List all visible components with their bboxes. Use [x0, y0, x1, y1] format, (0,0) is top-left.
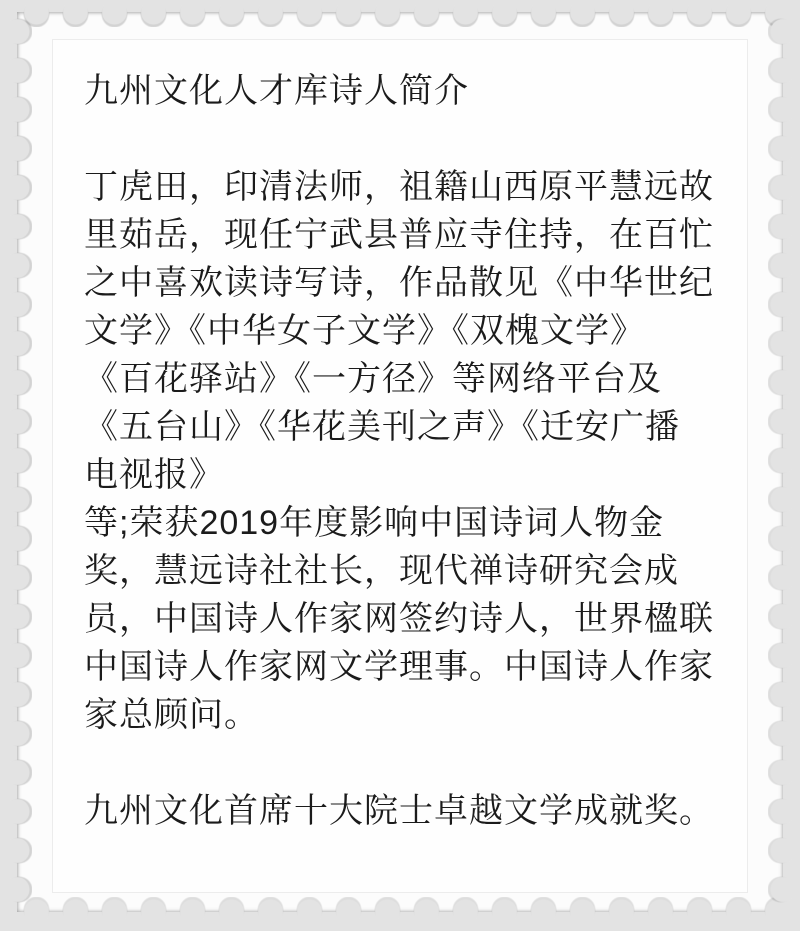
bio-line: 奖，慧远诗社社长，现代禅诗研究会成 — [84, 547, 721, 595]
bio-line: 家总顾问。 — [84, 691, 721, 739]
bio-line: 丁虎田，印清法师，祖籍山西原平慧远故 — [84, 163, 721, 211]
bio-line: 里茹岳，现任宁武县普应寺住持，在百忙 — [84, 211, 721, 259]
perforation-bottom-edge — [17, 897, 783, 925]
bio-line: 电视报》 — [84, 451, 721, 499]
bio-line: 之中喜欢读诗写诗，作品散见《中华世纪 — [84, 259, 721, 307]
stamp-inner-panel: 九州文化人才库诗人简介 丁虎田，印清法师，祖籍山西原平慧远故 里茹岳，现任宁武县… — [52, 39, 748, 893]
perforation-left-edge — [4, 12, 32, 912]
perforation-right-edge — [768, 12, 796, 912]
perforation-top-edge — [17, 0, 783, 27]
document-title: 九州文化人才库诗人简介 — [84, 67, 721, 115]
bio-line: 等;荣获2019年度影响中国诗词人物金 — [84, 499, 721, 547]
page-background: 九州文化人才库诗人简介 丁虎田，印清法师，祖籍山西原平慧远故 里茹岳，现任宁武县… — [0, 0, 800, 931]
bio-line: 中国诗人作家网文学理事。中国诗人作家 — [84, 643, 721, 691]
bio-line: 《五台山》《华花美刊之声》《迁安广播 — [84, 403, 721, 451]
stamp-card: 九州文化人才库诗人简介 丁虎田，印清法师，祖籍山西原平慧远故 里茹岳，现任宁武县… — [17, 12, 783, 912]
bio-line: 《百花驿站》《一方径》等网络平台及 — [84, 355, 721, 403]
award-line: 九州文化首席十大院士卓越文学成就奖。 — [84, 787, 721, 835]
bio-paragraph: 丁虎田，印清法师，祖籍山西原平慧远故 里茹岳，现任宁武县普应寺住持，在百忙 之中… — [84, 163, 721, 739]
bio-line: 文学》《中华女子文学》《双槐文学》 — [84, 307, 721, 355]
bio-line: 员，中国诗人作家网签约诗人，世界楹联 — [84, 595, 721, 643]
